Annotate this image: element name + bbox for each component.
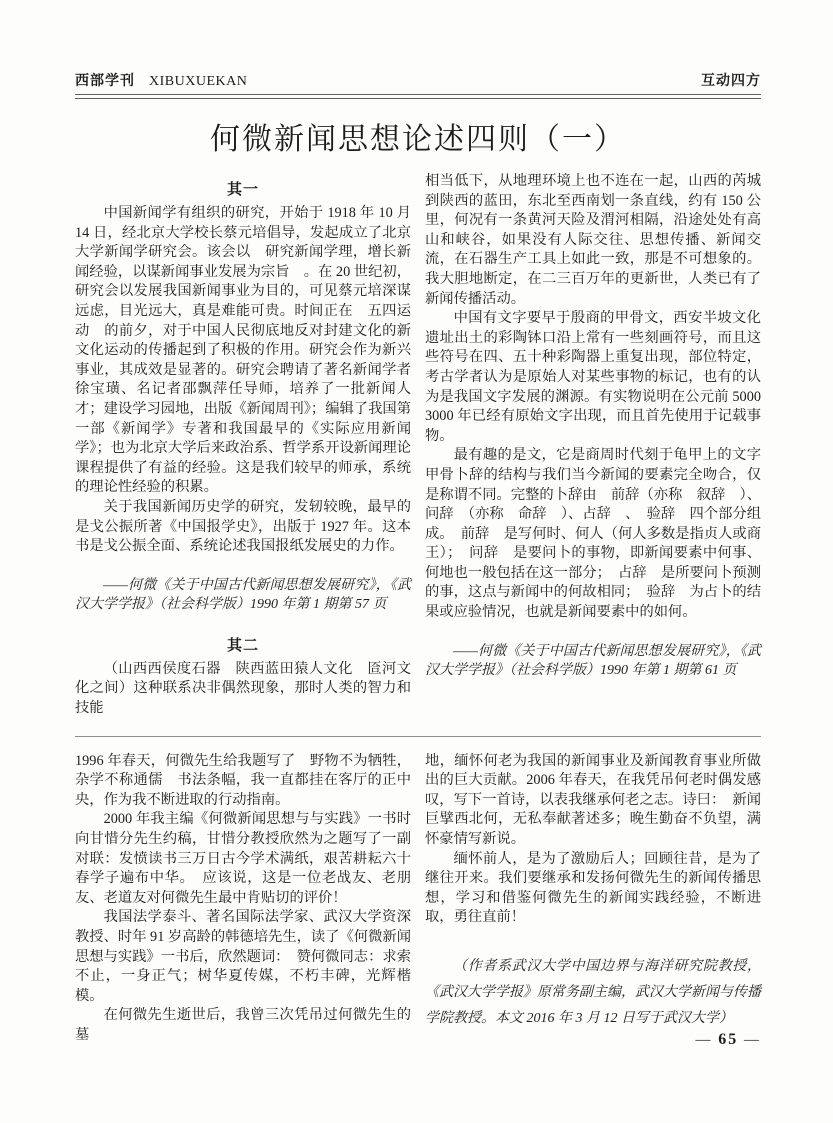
journal-name-cn: 西部学刊 — [75, 70, 135, 90]
paragraph: 1996 年春天，何微先生给我题写了 野物不为牺牲，杂学不称通儒 书法条幅，我一… — [75, 752, 411, 811]
paragraph: 相当低下，从地理环境上也不连在一起，山西的芮城到陕西的蓝田，东北至西南划一条直线… — [425, 172, 761, 309]
lower-columns: 1996 年春天，何微先生给我题写了 野物不为牺牲，杂学不称通儒 书法条幅，我一… — [75, 752, 761, 1046]
journal-page: 西部学刊 XIBUXUEKAN 互动四方 何微新闻思想论述四则（一） 其一 中国… — [0, 0, 833, 1123]
page-number-dash-left: — — [696, 1032, 713, 1048]
page-number-value: 65 — [718, 1031, 738, 1048]
section-heading-2: 其二 — [75, 634, 411, 655]
lower-left-column: 1996 年春天，何微先生给我题写了 野物不为牺牲，杂学不称通儒 书法条幅，我一… — [75, 752, 411, 1046]
running-head-left: 西部学刊 XIBUXUEKAN — [75, 70, 247, 90]
paragraph: 2000 年我主编《何微新闻思想与与实践》一书时向甘惜分先生约稿，甘惜分教授欣然… — [75, 810, 411, 908]
header-double-rule — [75, 94, 761, 99]
paragraph: 中国有文字要早于殷商的甲骨文，西安半坡文化遗址出土的彩陶钵口沿上常有一些刻画符号… — [425, 309, 761, 446]
section-heading-1: 其一 — [75, 178, 411, 199]
citation: ——何微《关于中国古代新闻思想发展研究》，《武汉大学学报》（社会科学版）1990… — [425, 642, 761, 681]
upper-left-column: 其一 中国新闻学有组织的研究，开始于 1918 年 10 月 14 日，经北京大… — [75, 172, 411, 719]
paragraph: 缅怀前人，是为了激励后人；回顾往昔，是为了继往开来。我们要继承和发扬何微先生的新… — [425, 850, 761, 928]
article-divider-rule — [75, 736, 761, 737]
journal-name-en: XIBUXUEKAN — [149, 74, 247, 90]
running-head: 西部学刊 XIBUXUEKAN 互动四方 — [75, 70, 761, 90]
article-title: 何微新闻思想论述四则（一） — [75, 114, 761, 158]
section-name: 互动四方 — [701, 70, 761, 90]
author-note: （作者系武汉大学中国边界与海洋研究院教授，《武汉大学学报》原常务副主编，武汉大学… — [425, 954, 761, 1032]
page-number: — 65 — — [696, 1031, 762, 1049]
paragraph: 我国法学泰斗、著名国际法学家、武汉大学资深教授、时年 91 岁高龄的韩德培先生，… — [75, 908, 411, 1006]
page-content: 西部学刊 XIBUXUEKAN 互动四方 何微新闻思想论述四则（一） 其一 中国… — [75, 70, 761, 1046]
paragraph: （山西西侯度石器 陕西蓝田猿人文化 匼河文化之间）这种联系决非偶然现象，那时人类… — [75, 660, 411, 719]
citation: ——何微《关于中国古代新闻思想发展研究》，《武汉大学学报》（社会科学版）1990… — [75, 576, 411, 615]
paragraph: 在何微先生逝世后，我曾三次凭吊过何微先生的墓 — [75, 1006, 411, 1045]
lower-right-column: 地，缅怀何老为我国的新闻事业及新闻教育事业所做出的巨大贡献。2006 年春天，在… — [425, 752, 761, 1046]
paragraph: 最有趣的是文，它是商周时代刻于龟甲上的文字 甲骨卜辞的结构与我们当今新闻的要素完… — [425, 446, 761, 622]
paragraph: 中国新闻学有组织的研究，开始于 1918 年 10 月 14 日，经北京大学校长… — [75, 204, 411, 498]
upper-columns: 其一 中国新闻学有组织的研究，开始于 1918 年 10 月 14 日，经北京大… — [75, 172, 761, 719]
page-number-dash-right: — — [744, 1032, 761, 1048]
upper-right-column: 相当低下，从地理环境上也不连在一起，山西的芮城到陕西的蓝田，东北至西南划一条直线… — [425, 172, 761, 719]
paragraph: 地，缅怀何老为我国的新闻事业及新闻教育事业所做出的巨大贡献。2006 年春天，在… — [425, 752, 761, 850]
paragraph: 关于我国新闻历史学的研究，发轫较晚，最早的是戈公振所著《中国报学史》，出版于 1… — [75, 498, 411, 557]
